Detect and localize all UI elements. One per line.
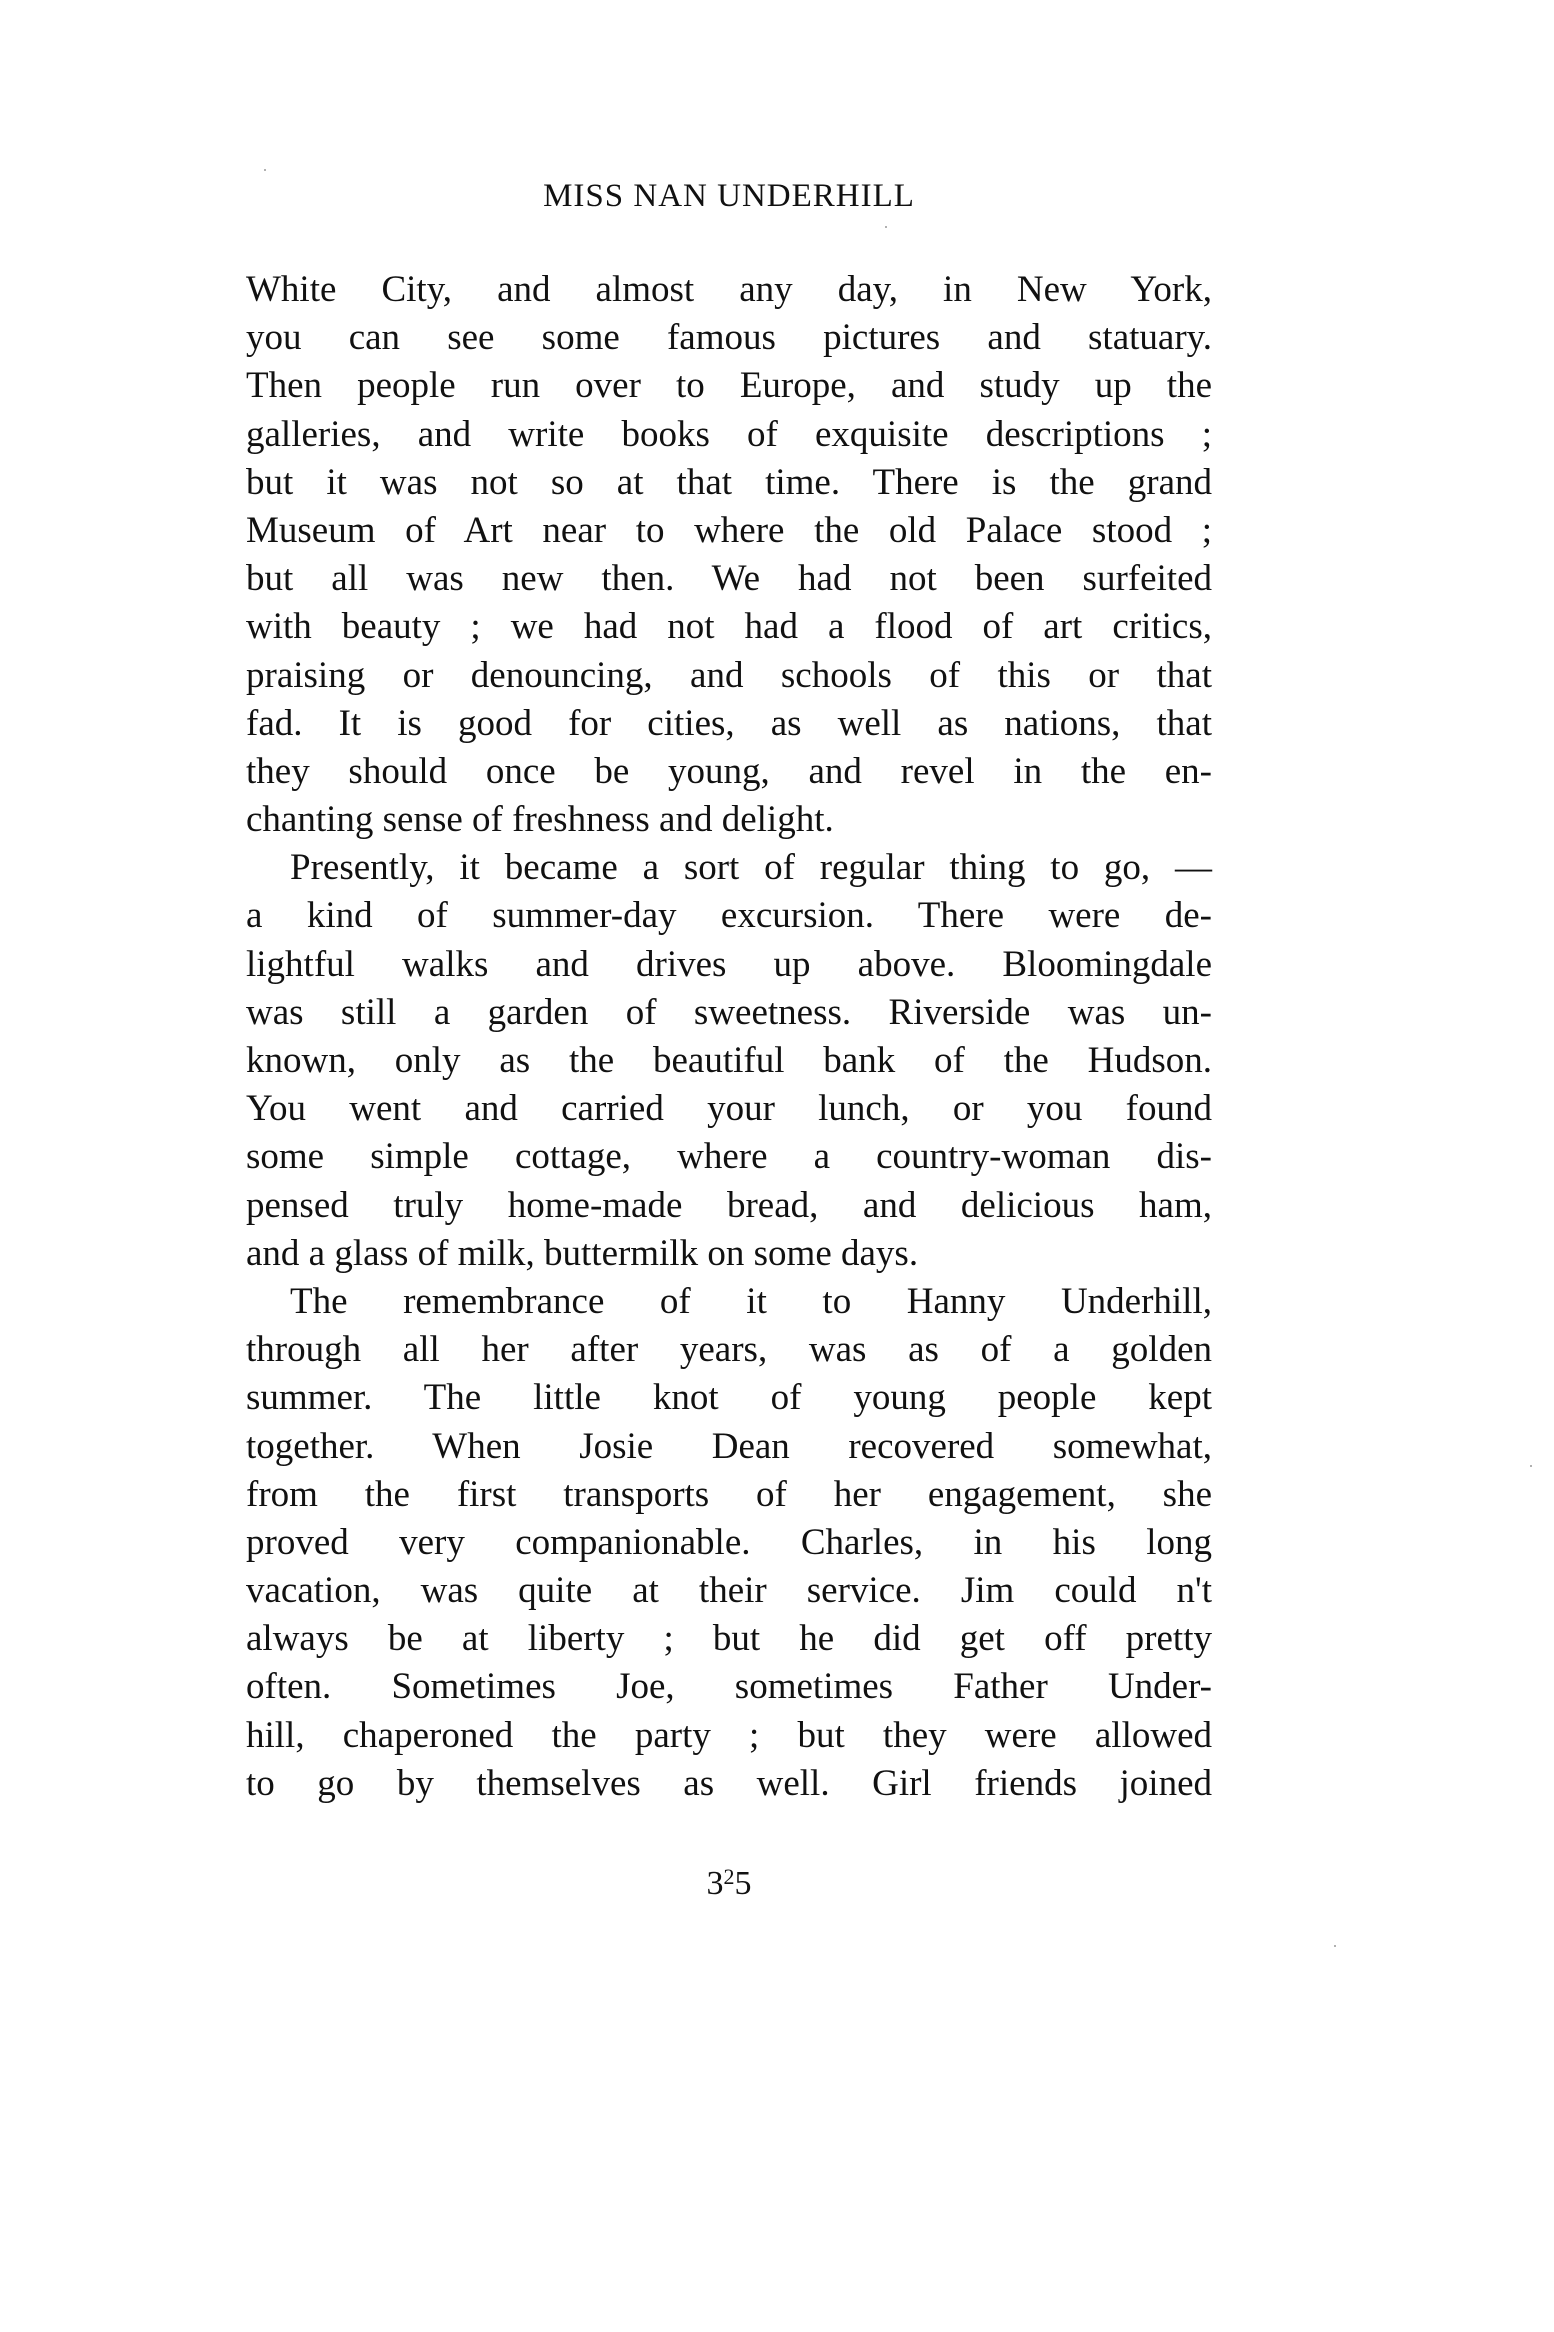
text-line: chanting sense of freshness and delight. (246, 796, 1212, 844)
text-line: White City, and almost any day, in New Y… (246, 266, 1212, 314)
text-line: a kind of summer-day excursion. There we… (246, 892, 1212, 940)
paragraph-1: White City, and almost any day, in New Y… (246, 266, 1212, 844)
page-number-digit: 3 (707, 1865, 724, 1902)
book-page: MISS NAN UNDERHILL White City, and almos… (0, 0, 1554, 2332)
scan-speck (264, 169, 266, 171)
text-line: pensed truly home-made bread, and delici… (246, 1182, 1212, 1230)
text-line: often. Sometimes Joe, sometimes Father U… (246, 1663, 1212, 1711)
running-head: MISS NAN UNDERHILL (246, 176, 1212, 216)
text-line: from the first transports of her engagem… (246, 1471, 1212, 1519)
text-line: praising or denouncing, and schools of t… (246, 652, 1212, 700)
body-text: White City, and almost any day, in New Y… (246, 266, 1212, 1808)
text-line: you can see some famous pictures and sta… (246, 314, 1212, 362)
text-line: to go by themselves as well. Girl friend… (246, 1760, 1212, 1808)
text-line: summer. The little knot of young people … (246, 1374, 1212, 1422)
paragraph-3: The remembrance of it to Hanny Underhill… (246, 1278, 1212, 1808)
text-line: Then people run over to Europe, and stud… (246, 362, 1212, 410)
text-line: but all was new then. We had not been su… (246, 555, 1212, 603)
text-line: vacation, was quite at their service. Ji… (246, 1567, 1212, 1615)
scan-speck (1530, 1465, 1532, 1467)
text-line: fad. It is good for cities, as well as n… (246, 700, 1212, 748)
text-line: The remembrance of it to Hanny Underhill… (246, 1278, 1212, 1326)
text-line: and a glass of milk, buttermilk on some … (246, 1230, 1212, 1278)
text-line: proved very companionable. Charles, in h… (246, 1519, 1212, 1567)
text-line: Museum of Art near to where the old Pala… (246, 507, 1212, 555)
text-line: with beauty ; we had not had a flood of … (246, 603, 1212, 651)
text-line: known, only as the beautiful bank of the… (246, 1037, 1212, 1085)
page-number: 325 (246, 1864, 1212, 1904)
text-line: hill, chaperoned the party ; but they we… (246, 1712, 1212, 1760)
page-number-digit: 5 (735, 1865, 752, 1902)
text-line: galleries, and write books of exquisite … (246, 411, 1212, 459)
text-line: through all her after years, was as of a… (246, 1326, 1212, 1374)
text-line: but it was not so at that time. There is… (246, 459, 1212, 507)
text-line: was still a garden of sweetness. Riversi… (246, 989, 1212, 1037)
text-line: always be at liberty ; but he did get of… (246, 1615, 1212, 1663)
text-line: lightful walks and drives up above. Bloo… (246, 941, 1212, 989)
scan-speck (885, 226, 887, 228)
text-line: they should once be young, and revel in … (246, 748, 1212, 796)
text-line: together. When Josie Dean recovered some… (246, 1423, 1212, 1471)
scan-speck (1334, 1945, 1336, 1947)
text-line: Presently, it became a sort of regular t… (246, 844, 1212, 892)
text-line: some simple cottage, where a country-wom… (246, 1133, 1212, 1181)
paragraph-2: Presently, it became a sort of regular t… (246, 844, 1212, 1278)
page-number-digit-raised: 2 (724, 1864, 735, 1889)
text-line: You went and carried your lunch, or you … (246, 1085, 1212, 1133)
